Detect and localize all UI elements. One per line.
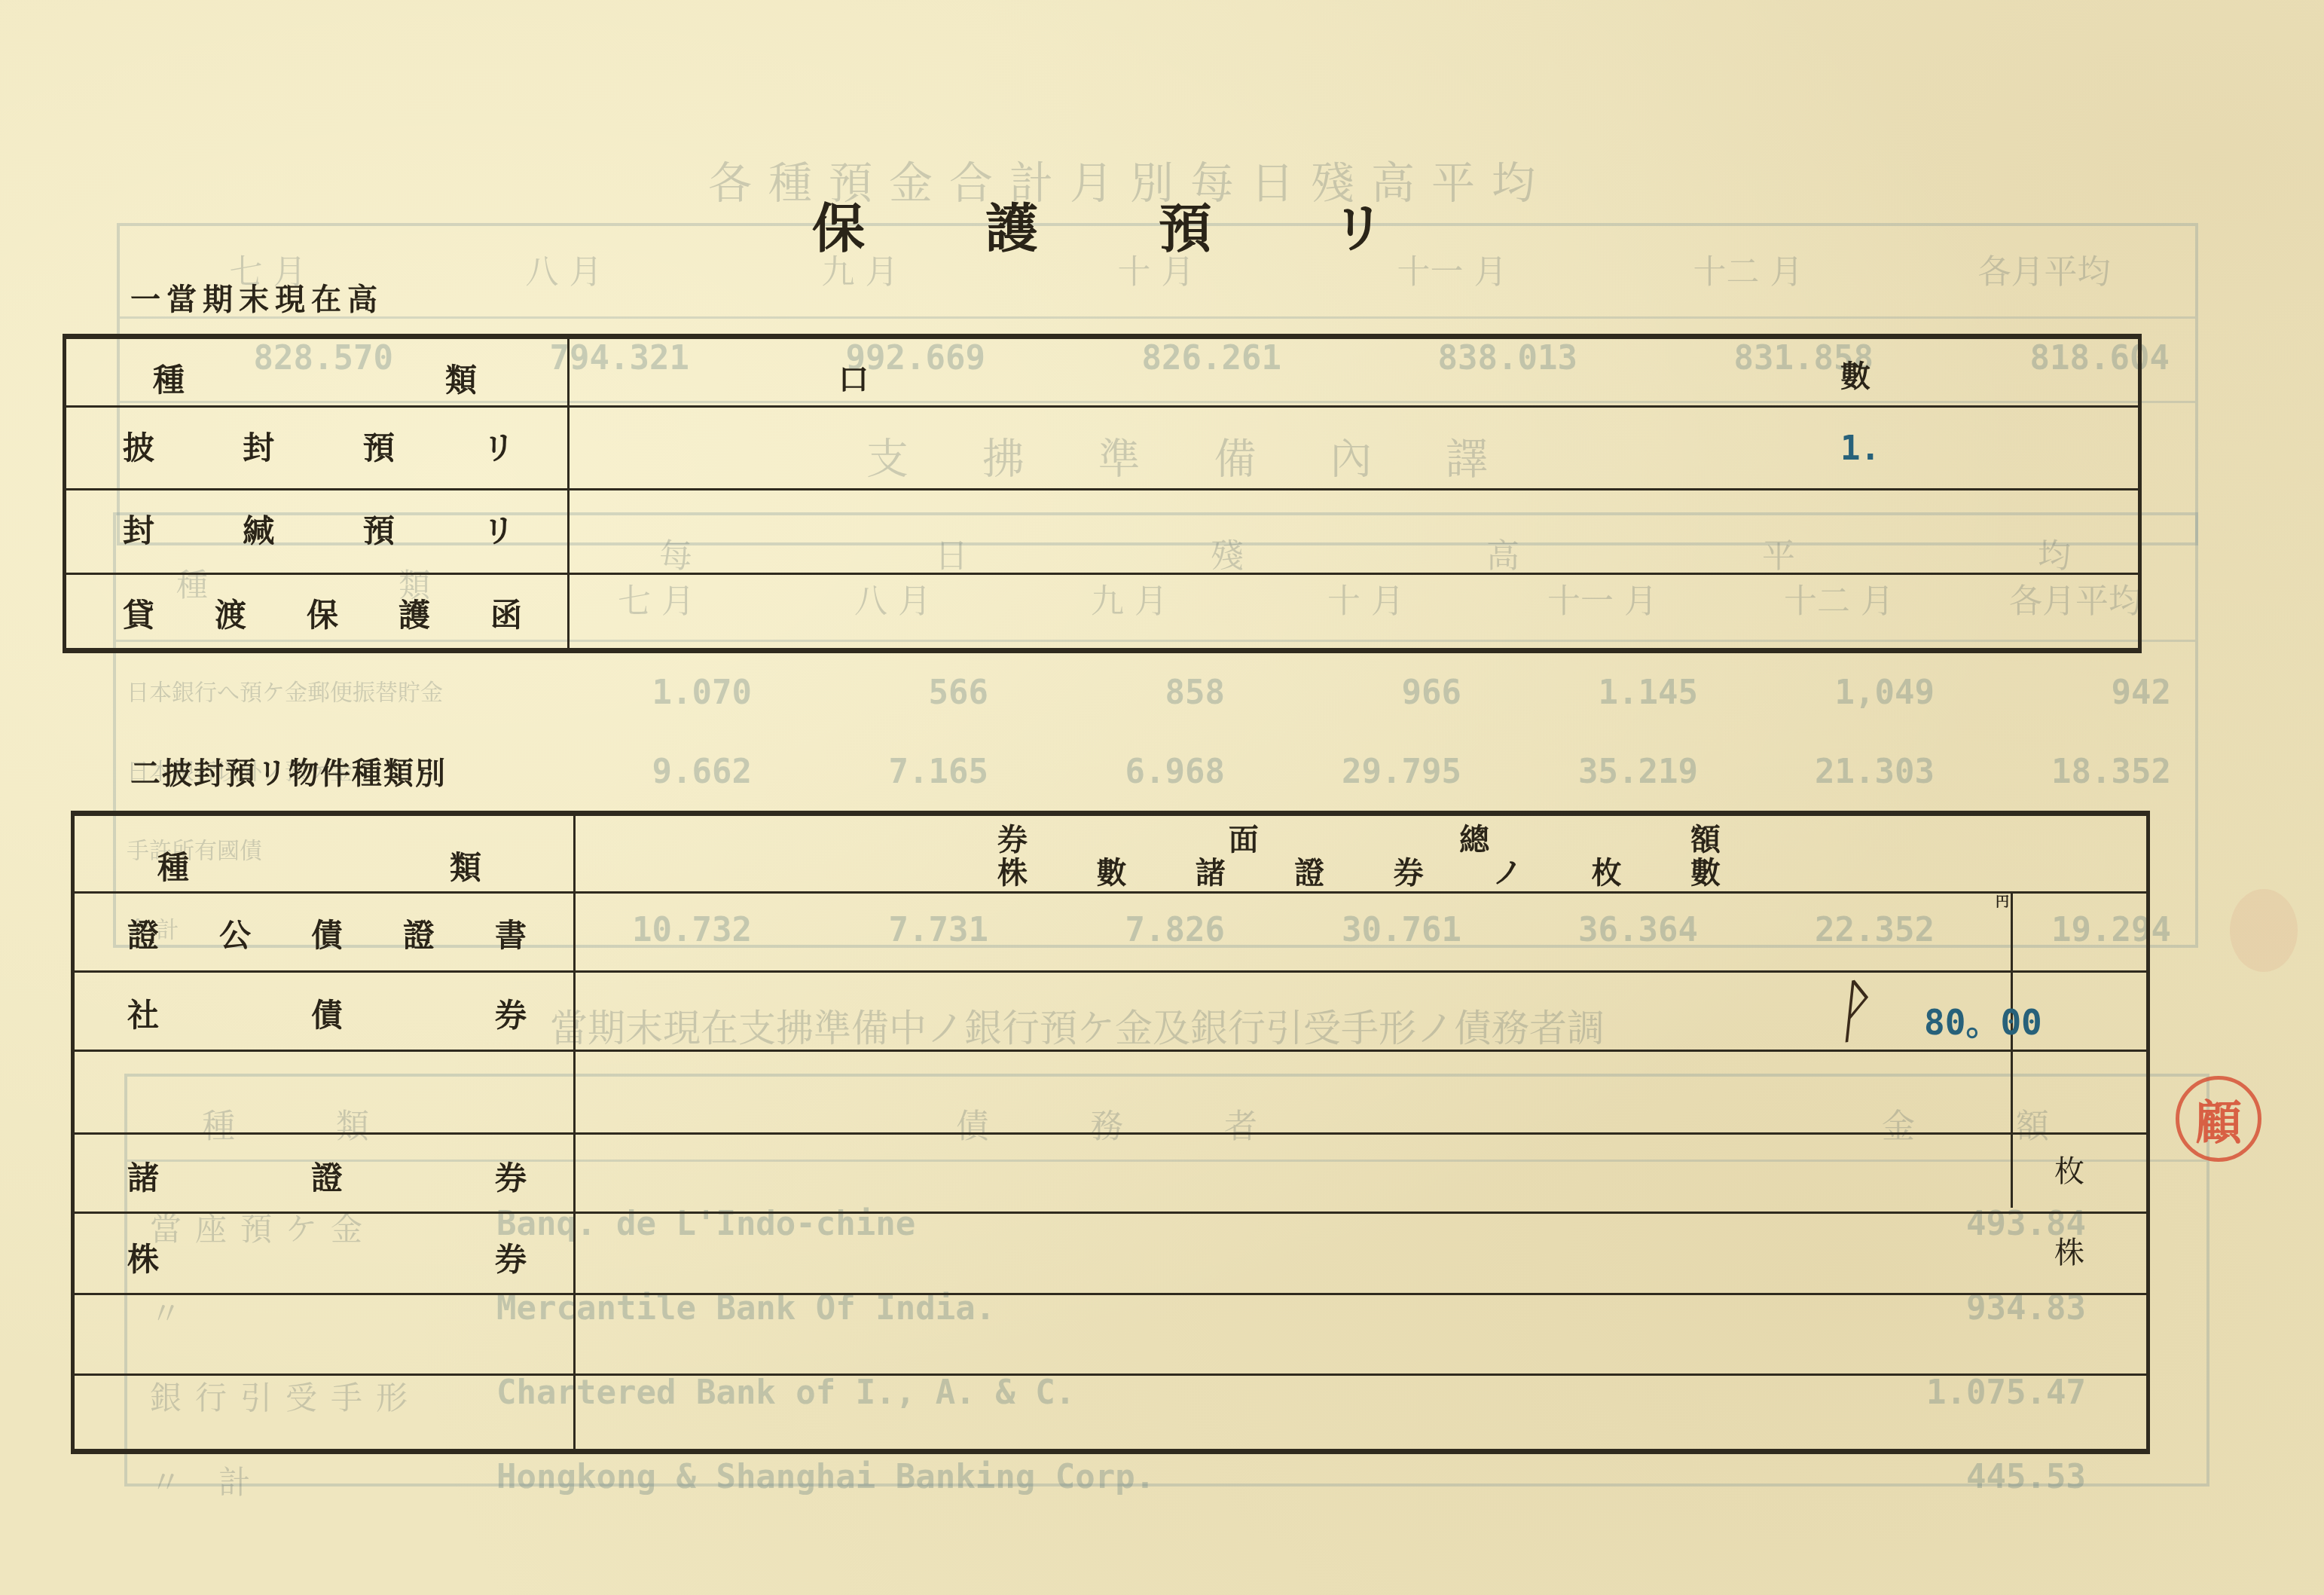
ghost-debtor-row: 〃 計Hongkong & Shanghai Banking Corp.445.… (127, 1443, 2206, 1518)
faded-seal (2230, 889, 2298, 972)
row-divider (75, 1132, 2146, 1135)
table2-row-unit: 円 (1996, 891, 2009, 911)
table2-row-unit: 枚 (2054, 1147, 2084, 1190)
label-char: 券 (495, 1153, 527, 1199)
ghost-reserve-value: 858 (1011, 674, 1248, 712)
ghost-month: 十二 月 (1600, 245, 1896, 293)
ghost-reserve-value: 566 (774, 674, 1011, 712)
label-char: 渡 (215, 591, 246, 636)
ghost-debtor-amount: 445.53 (1860, 1458, 2086, 1496)
label-char: 券 (495, 1235, 527, 1280)
ghost-month: 八 月 (416, 245, 712, 293)
label-char: 社 (127, 991, 159, 1036)
label-char: 護 (399, 591, 430, 636)
header-char: 券 (1394, 849, 1424, 892)
table2-row-label: 株券 (127, 1235, 527, 1280)
row-divider (66, 405, 2138, 408)
table2-row-unit: 株 (2054, 1229, 2084, 1272)
row-divider (66, 488, 2138, 490)
header-char: 種 (153, 356, 185, 401)
header-char: 類 (445, 356, 477, 401)
table1-row-label: 封緘預リ (123, 506, 515, 552)
label-char: 封 (243, 423, 274, 469)
table1-row-label: 披封預リ (123, 423, 515, 469)
table2-row-label: 諸證券 (127, 1153, 527, 1199)
ghost-reserve-value: 29.795 (1248, 753, 1484, 791)
label-char: 預 (363, 423, 395, 469)
label-char: リ (483, 506, 515, 552)
label-char: 預 (363, 506, 395, 552)
label-char: 保 (307, 591, 338, 636)
table2-header-type: 種類 (157, 843, 481, 888)
title-char: リ (1332, 187, 1385, 263)
table1-header-count-left: 口 (838, 356, 869, 399)
label-char: 書 (495, 911, 527, 956)
header-char: 數 (1096, 849, 1126, 892)
row-divider (75, 1373, 2146, 1376)
label-char: 封 (123, 506, 154, 552)
items-by-type-table: 種類 券面總額 株數諸證券ノ枚數 證公債證書円社債券80。00ᚹ諸證券枚株券株 (71, 811, 2150, 1454)
red-seal: 顧 (2176, 1076, 2261, 1162)
table1-row-value: 1. (1840, 429, 1880, 468)
section1-heading: 一當期末現在高 (130, 276, 383, 319)
table2-header-share-count: 株數諸證券ノ枚數 (997, 849, 1721, 892)
ghost-reserve-value: 1,049 (1721, 674, 1957, 712)
custody-summary-table: 種類 口 數 披封預リ1.封緘預リ貸渡保護函 (63, 334, 2142, 653)
header-char: 諸 (1196, 849, 1226, 892)
ghost-reserve-value: 1.145 (1484, 674, 1721, 712)
ghost-debtor-type: 〃 計 (150, 1458, 264, 1503)
table1-header-count-right: 數 (1840, 353, 1870, 396)
ghost-debtor-name: Hongkong & Shanghai Banking Corp. (496, 1458, 1155, 1496)
label-char: 株 (127, 1235, 159, 1280)
table2-row-value: 80。00 (1924, 995, 2042, 1045)
row-divider (75, 970, 2146, 973)
title-char: 預 (1159, 187, 1211, 263)
header-char: 枚 (1592, 849, 1622, 892)
label-char: 債 (311, 991, 343, 1036)
ghost-reserve-value: 18.352 (1957, 753, 2194, 791)
ghost-reserve-values: 1.0705668589661.1451,049942 (538, 674, 2195, 712)
label-char: 函 (490, 591, 522, 636)
row-divider (66, 573, 2138, 575)
column-divider (567, 339, 570, 648)
row-divider (75, 1212, 2146, 1214)
ghost-reserve-values: 9.6627.1656.96829.79535.21921.30318.352 (538, 753, 2195, 791)
ghost-reserve-label: 日本銀行へ預ケ金郵便振替貯金 (127, 674, 503, 707)
ghost-reserve-value: 9.662 (538, 753, 774, 791)
ghost-reserve-row: 日本銀行へ預ケ金郵便振替貯金1.0705668589661.1451,04994… (116, 658, 2195, 734)
ghost-divider (120, 316, 2195, 319)
title-char: 保 (812, 187, 865, 263)
table1-row-label: 貸渡保護函 (123, 591, 522, 636)
table1-header-type: 種類 (153, 356, 477, 401)
label-char: 證 (311, 1153, 343, 1199)
ghost-reserve-value: 966 (1248, 674, 1484, 712)
label-char: 證 (403, 911, 435, 956)
ghost-reserve-value: 35.219 (1484, 753, 1721, 791)
header-char: 種 (157, 843, 189, 888)
table2-row-label: 社債券 (127, 991, 527, 1036)
title-char: 護 (985, 187, 1038, 263)
header-char: 證 (1294, 849, 1324, 892)
header-char: 類 (450, 843, 481, 888)
row-divider (75, 1293, 2146, 1295)
section2-heading: 二披封預リ物件種類別 (130, 750, 447, 793)
table2-row-label: 證公債證書 (127, 911, 527, 956)
page-title: 保護預リ (812, 187, 1385, 263)
header-char: ノ (1492, 849, 1522, 892)
label-char: 證 (127, 911, 159, 956)
ghost-reserve-value: 6.968 (1011, 753, 1248, 791)
label-char: 緘 (243, 506, 274, 552)
ghost-month: 各月平均 (1896, 245, 2192, 293)
header-char: 數 (1690, 849, 1721, 892)
label-char: 披 (123, 423, 154, 469)
label-char: 債 (311, 911, 343, 956)
label-char: 貸 (123, 591, 154, 636)
label-char: 諸 (127, 1153, 159, 1199)
ghost-reserve-value: 1.070 (538, 674, 774, 712)
ghost-reserve-value: 21.303 (1721, 753, 1957, 791)
label-char: 券 (495, 991, 527, 1036)
header-char: 株 (997, 849, 1028, 892)
ghost-reserve-value: 942 (1957, 674, 2194, 712)
label-char: 公 (219, 911, 251, 956)
ghost-reserve-value: 7.165 (774, 753, 1011, 791)
handwritten-mark: ᚹ (1825, 970, 1876, 1053)
label-char: リ (483, 423, 515, 469)
